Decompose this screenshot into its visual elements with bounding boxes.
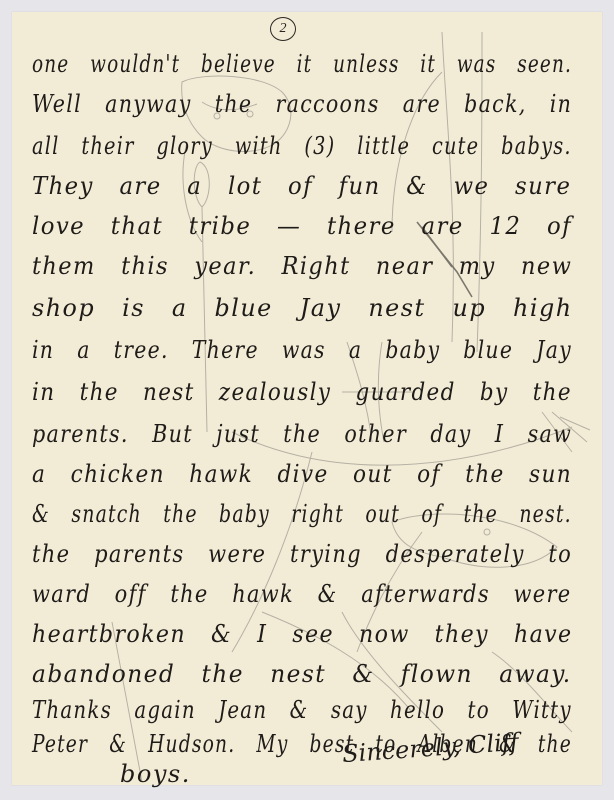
letter-line: all their glory with (3) little cute bab… <box>32 132 572 160</box>
letter-line: shop is a blue Jay nest up high <box>32 294 573 322</box>
letter-line: heartbroken & I see now they have <box>32 620 573 648</box>
letter-line: They are a lot of fun & we sure <box>32 172 571 200</box>
letter-line: the parents were trying desperately to <box>32 540 572 568</box>
page-number: 2 <box>270 17 296 41</box>
letter-line: & snatch the baby right out of the nest. <box>32 500 572 528</box>
letter-line: Thanks again Jean & say hello to Witty <box>32 696 572 724</box>
letter-line: ward off the hawk & afterwards were <box>32 580 571 608</box>
letter-line: love that tribe — there are 12 of <box>32 212 572 240</box>
letter-line: in a tree. There was a baby blue Jay <box>32 336 572 364</box>
letter-line: one wouldn't believe it unless it was se… <box>32 50 572 78</box>
letter-line: in the nest zealously guarded by the <box>32 378 572 406</box>
letter-line: boys. <box>120 760 191 788</box>
letter-line: a chicken hawk dive out of the sun <box>32 460 572 488</box>
letter-line: abandoned the nest & flown away. <box>32 660 572 688</box>
letter-line: Well anyway the raccoons are back, in <box>32 90 572 118</box>
letter-line: parents. But just the other day I saw <box>32 420 572 448</box>
letter-page: 2 one wouldn't believe it unless it was … <box>12 12 602 785</box>
letter-line: them this year. Right near my new <box>32 252 572 280</box>
